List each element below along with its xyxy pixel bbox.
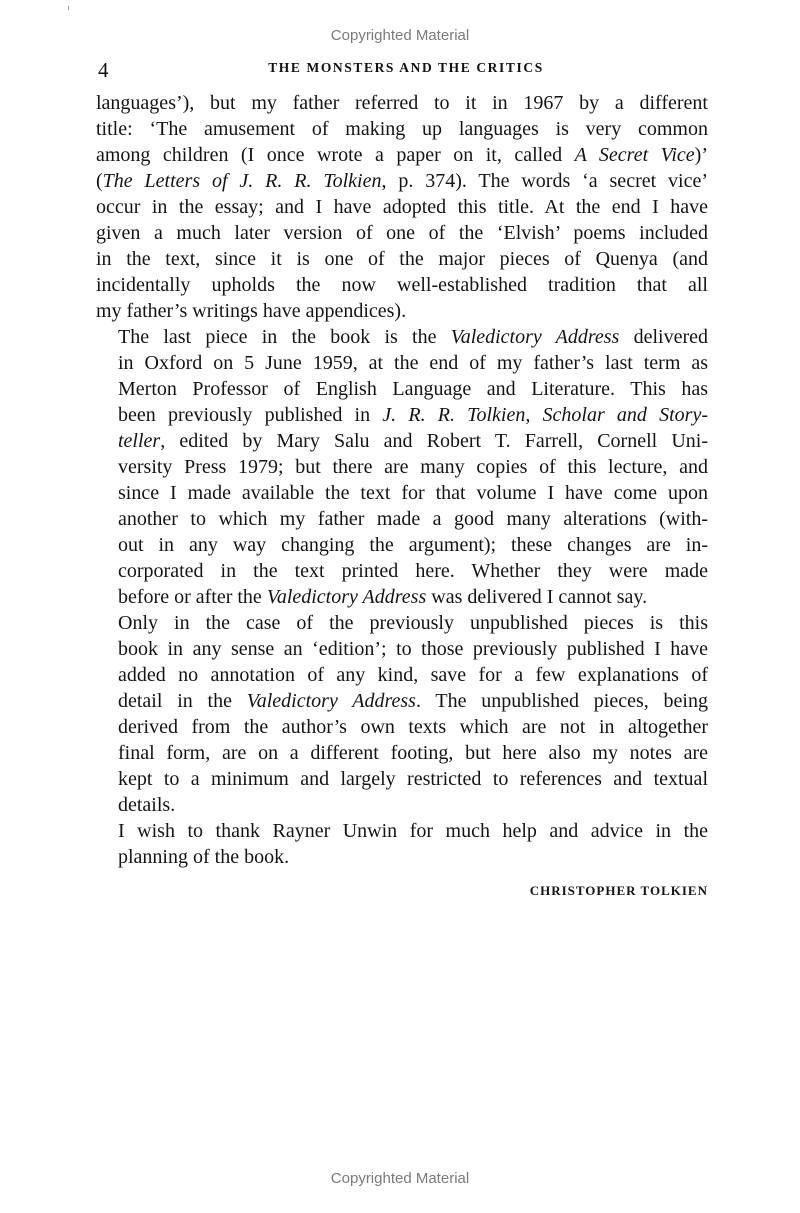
text-line: final form, are on a different footing, … bbox=[96, 740, 708, 766]
text-line: been previously published in J. R. R. To… bbox=[96, 402, 708, 428]
copyright-watermark-top: Copyrighted Material bbox=[0, 27, 800, 44]
text-line: added no annotation of any kind, save fo… bbox=[96, 662, 708, 688]
text-line: in the text, since it is one of the majo… bbox=[96, 246, 708, 272]
text-line: out in any way changing the argument); t… bbox=[96, 532, 708, 558]
text-line: kept to a minimum and largely restricted… bbox=[96, 766, 708, 792]
text-line: I wish to thank Rayner Unwin for much he… bbox=[96, 818, 708, 844]
running-head: 4 THE MONSTERS AND THE CRITICS bbox=[96, 56, 708, 86]
text-line: detail in the Valedictory Address. The u… bbox=[96, 688, 708, 714]
text-line: teller, edited by Mary Salu and Robert T… bbox=[96, 428, 708, 454]
body-text: languages’), but my father referred to i… bbox=[96, 90, 708, 904]
copyright-watermark-bottom: Copyrighted Material bbox=[0, 1170, 800, 1187]
text-line: versity Press 1979; but there are many c… bbox=[96, 454, 708, 480]
text-line: book in any sense an ‘edition’; to those… bbox=[96, 636, 708, 662]
text-line: another to which my father made a good m… bbox=[96, 506, 708, 532]
paragraph-3: Only in the case of the previously unpub… bbox=[96, 610, 708, 818]
text-line: in Oxford on 5 June 1959, at the end of … bbox=[96, 350, 708, 376]
text-line: among children (I once wrote a paper on … bbox=[96, 142, 708, 168]
text-line: corporated in the text printed here. Whe… bbox=[96, 558, 708, 584]
paragraph-4: I wish to thank Rayner Unwin for much he… bbox=[96, 818, 708, 870]
text-line: my father’s writings have appendices). bbox=[96, 298, 708, 324]
text-line: languages’), but my father referred to i… bbox=[96, 90, 708, 116]
text-line: title: ‘The amusement of making up langu… bbox=[96, 116, 708, 142]
paragraph-2: The last piece in the book is the Valedi… bbox=[96, 324, 708, 610]
paragraph-1: languages’), but my father referred to i… bbox=[96, 90, 708, 324]
text-line: (The Letters of J. R. R. Tolkien, p. 374… bbox=[96, 168, 708, 194]
text-line: planning of the book. bbox=[96, 844, 708, 870]
text-line: since I made available the text for that… bbox=[96, 480, 708, 506]
text-line: before or after the Valedictory Address … bbox=[96, 584, 708, 610]
text-line: The last piece in the book is the Valedi… bbox=[96, 324, 708, 350]
text-line: Only in the case of the previously unpub… bbox=[96, 610, 708, 636]
signature: CHRISTOPHER TOLKIEN bbox=[96, 878, 708, 904]
text-line: given a much later version of one of the… bbox=[96, 220, 708, 246]
text-line: details. bbox=[96, 792, 708, 818]
scan-mark bbox=[68, 6, 69, 10]
text-line: incidentally upholds the now well-establ… bbox=[96, 272, 708, 298]
text-line: occur in the essay; and I have adopted t… bbox=[96, 194, 708, 220]
running-head-title: THE MONSTERS AND THE CRITICS bbox=[96, 60, 708, 76]
text-line: Merton Professor of English Language and… bbox=[96, 376, 708, 402]
text-line: derived from the author’s own texts whic… bbox=[96, 714, 708, 740]
